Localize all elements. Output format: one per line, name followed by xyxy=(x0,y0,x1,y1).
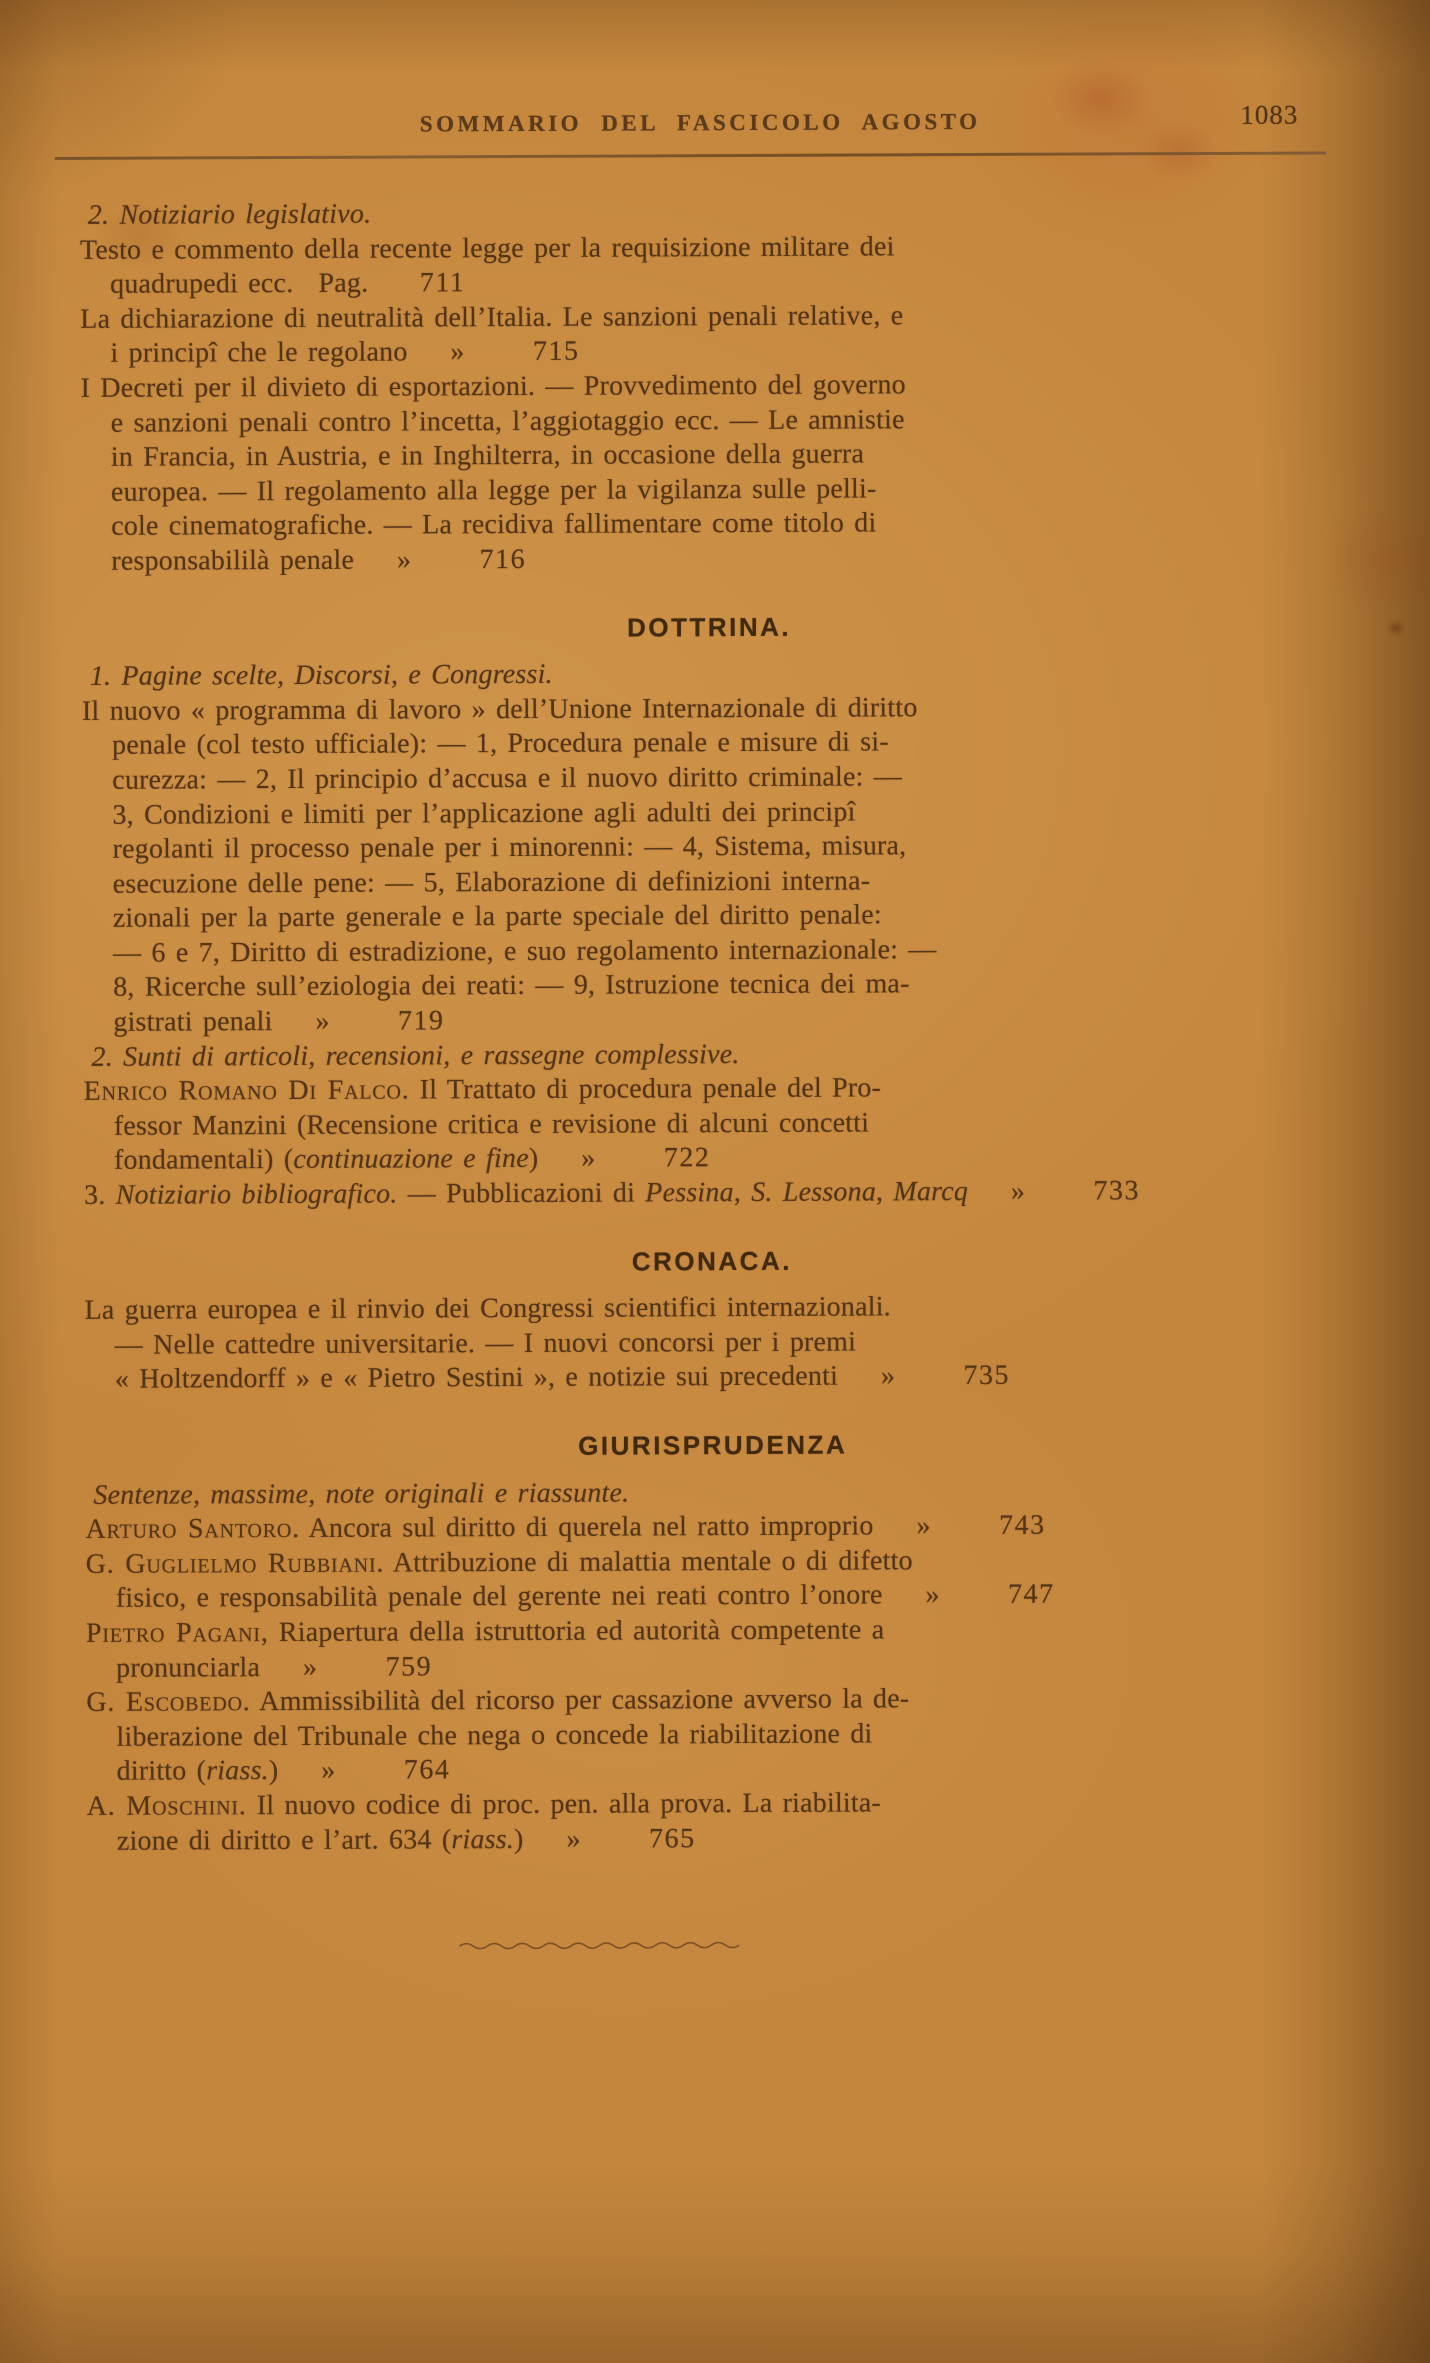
toc-line-text: penale (col testo ufficiale): — 1, Proce… xyxy=(112,726,889,764)
toc-line: I Decreti per il divieto di esportazioni… xyxy=(80,367,1215,407)
toc-line: — Nelle cattedre universitarie. — I nuov… xyxy=(85,1324,1220,1364)
toc-line: 8, Ricerche sull’eziologia dei reati: — … xyxy=(83,966,1218,1006)
toc-line: regolanti il processo penale per i minor… xyxy=(83,828,1218,868)
toc-line-text: 3. Notiziario bibliografico. — Pubblicaz… xyxy=(84,1175,968,1213)
toc-line: cole cinematografiche. — La recidiva fal… xyxy=(81,505,1216,545)
folio-page-number: 1083 xyxy=(1240,100,1298,131)
page-ref-label: » xyxy=(992,1175,1044,1210)
toc-line: zione di diritto e l’art. 634 (riass.)»7… xyxy=(87,1819,1222,1859)
scanned-book-page: SOMMARIO DEL FASCICOLO AGOSTO 1083 2. No… xyxy=(0,0,1430,2363)
page-ref-label: » xyxy=(284,1650,336,1685)
toc-line: in Francia, in Austria, e in Inghilterra… xyxy=(81,436,1216,476)
toc-line-text: « Holtzendorff » e « Pietro Sestini », e… xyxy=(115,1360,838,1398)
page-ref-label: » xyxy=(378,543,430,578)
toc-line-text: gistrati penali xyxy=(113,1005,272,1040)
toc-line: G. Guglielmo Rubbiani. Attribuzione di m… xyxy=(86,1543,1221,1583)
toc-line: 3. Notiziario bibliografico. — Pubblicaz… xyxy=(84,1174,1219,1214)
page-ref-label: » xyxy=(431,336,483,371)
toc-line: La guerra europea e il rinvio dei Congre… xyxy=(85,1289,1220,1329)
page-number: 715 xyxy=(483,335,579,370)
toc-line-text: Arturo Santoro. Ancora sul diritto di qu… xyxy=(85,1510,873,1548)
toc-line: e sanzioni penali contro l’incetta, l’ag… xyxy=(81,401,1216,441)
toc-line-text: cole cinematografiche. — La recidiva fal… xyxy=(111,507,876,545)
toc-line: europea. — Il regolamento alla legge per… xyxy=(81,471,1216,511)
toc-line: G. Escobedo. Ammissibilità del ricorso p… xyxy=(86,1681,1221,1721)
toc-line-text: Enrico Romano Di Falco. Il Trattato di p… xyxy=(84,1072,882,1110)
page-number: 735 xyxy=(914,1359,1010,1394)
toc-line-text: esecuzione delle pene: — 5, Elaborazione… xyxy=(113,864,871,902)
toc-line-text: liberazione del Tribunale che nega o con… xyxy=(116,1717,872,1755)
toc-entry: La dichiarazione di neutralità dell’Ital… xyxy=(80,298,1215,372)
toc-line: liberazione del Tribunale che nega o con… xyxy=(86,1716,1221,1756)
toc-line: gistrati penali»719 xyxy=(83,1001,1218,1041)
toc-line-text: pronunciarla xyxy=(116,1651,260,1686)
toc-line: esecuzione delle pene: — 5, Elaborazione… xyxy=(83,863,1218,903)
page-number: 765 xyxy=(599,1822,695,1857)
toc-line: A. Moschini. Il nuovo codice di proc. pe… xyxy=(87,1785,1222,1825)
toc-line-text: zionali per la parte generale e la parte… xyxy=(113,899,882,937)
toc-line: La dichiarazione di neutralità dell’Ital… xyxy=(80,298,1215,338)
section-heading: GIURISPRUDENZA xyxy=(85,1426,1220,1466)
subsection-title: Sentenze, massime, note originali e rias… xyxy=(85,1474,1220,1514)
page-number: 743 xyxy=(949,1509,1045,1544)
toc-line-text: La dichiarazione di neutralità dell’Ital… xyxy=(80,299,903,337)
toc-line-text: curezza: — 2, Il principio d’accusa e il… xyxy=(112,760,902,798)
toc-line-text: G. Escobedo. Ammissibilità del ricorso p… xyxy=(86,1682,909,1720)
toc-line: fessor Manzini (Recensione critica e rev… xyxy=(84,1105,1219,1145)
toc-line: fisico, e responsabilità penale del gere… xyxy=(86,1577,1221,1617)
toc-line-text: A. Moschini. Il nuovo codice di proc. pe… xyxy=(87,1786,881,1824)
toc-line: fondamentali) (continuazione e fine)»722 xyxy=(84,1139,1219,1179)
page-ref-label: » xyxy=(302,1754,354,1789)
toc-entry: 3. Notiziario bibliografico. — Pubblicaz… xyxy=(84,1174,1219,1214)
toc-line: zionali per la parte generale e la parte… xyxy=(83,897,1218,937)
toc-line-text: fisico, e responsabilità penale del gere… xyxy=(116,1579,883,1617)
toc-line-text: I Decreti per il divieto di esportazioni… xyxy=(80,368,905,406)
toc-entry: Arturo Santoro. Ancora sul diritto di qu… xyxy=(85,1508,1220,1548)
toc-line: 3, Condizioni e limiti per l’applicazion… xyxy=(82,793,1217,833)
toc-entry: Pietro Pagani, Riapertura della istrutto… xyxy=(86,1612,1221,1686)
page-ref-label: » xyxy=(907,1578,959,1613)
toc-line: curezza: — 2, Il principio d’accusa e il… xyxy=(82,759,1217,799)
page-number: 747 xyxy=(959,1578,1055,1613)
wavy-rule-ornament xyxy=(459,1938,739,1953)
toc-line: Arturo Santoro. Ancora sul diritto di qu… xyxy=(85,1508,1220,1548)
toc-entry: La guerra europea e il rinvio dei Congre… xyxy=(85,1289,1220,1398)
toc-line-text: Il nuovo « programma di lavoro » dell’Un… xyxy=(82,691,918,729)
toc-line-text: responsabililà penale xyxy=(111,544,354,580)
page-number: 716 xyxy=(430,543,526,578)
toc-line: diritto (riass.)»764 xyxy=(87,1750,1222,1790)
toc-entry: G. Escobedo. Ammissibilità del ricorso p… xyxy=(86,1681,1221,1790)
toc-entry: Il nuovo « programma di lavoro » dell’Un… xyxy=(82,690,1218,1041)
toc-line-text: in Francia, in Austria, e in Inghilterra… xyxy=(111,438,864,476)
toc-line-text: 8, Ricerche sull’eziologia dei reati: — … xyxy=(113,968,910,1006)
page-ref-label: » xyxy=(562,1142,614,1177)
toc-line: Testo e commento della recente legge per… xyxy=(80,229,1215,269)
toc-line-text: G. Guglielmo Rubbiani. Attribuzione di m… xyxy=(86,1544,913,1582)
page-number: 711 xyxy=(369,266,465,301)
toc-line-text: — 6 e 7, Diritto di estradizione, e suo … xyxy=(113,933,937,971)
toc-entry: G. Guglielmo Rubbiani. Attribuzione di m… xyxy=(86,1543,1221,1617)
toc-line: Pietro Pagani, Riapertura della istrutto… xyxy=(86,1612,1221,1652)
toc-line-text: fondamentali) (continuazione e fine) xyxy=(114,1142,539,1178)
page-number: 722 xyxy=(614,1142,710,1177)
toc-line: Enrico Romano Di Falco. Il Trattato di p… xyxy=(84,1070,1219,1110)
toc-line-text: quadrupedi ecc. xyxy=(110,267,293,302)
toc-line-text: e sanzioni penali contro l’incetta, l’ag… xyxy=(111,403,905,441)
page-ref-label: » xyxy=(897,1509,949,1544)
toc-line-text: europea. — Il regolamento alla legge per… xyxy=(111,472,877,510)
toc-line-text: Pietro Pagani, Riapertura della istrutto… xyxy=(86,1613,884,1651)
toc-line: i principî che le regolano»715 xyxy=(80,332,1215,372)
toc-line-text: i principî che le regolano xyxy=(110,336,407,372)
page-ref-label: » xyxy=(296,1005,348,1040)
toc-line-text: 3, Condizioni e limiti per l’applicazion… xyxy=(112,795,855,833)
toc-entry: Testo e commento della recente legge per… xyxy=(80,229,1215,303)
page-number: 764 xyxy=(354,1754,450,1789)
toc-line: pronunciarla»759 xyxy=(86,1646,1221,1686)
page-number: 759 xyxy=(336,1650,432,1685)
header-rule xyxy=(55,151,1327,160)
toc-line: penale (col testo ufficiale): — 1, Proce… xyxy=(82,724,1217,764)
toc-line-text: Testo e commento della recente legge per… xyxy=(80,230,895,268)
subsection-title: 1. Pagine scelte, Discorsi, e Congressi. xyxy=(82,655,1217,695)
subsection-title: 2. Notiziario legislativo. xyxy=(80,194,1215,234)
toc-line-text: fessor Manzini (Recensione critica e rev… xyxy=(114,1106,870,1144)
page-ref-label: » xyxy=(862,1360,914,1395)
toc-entry: Enrico Romano Di Falco. Il Trattato di p… xyxy=(84,1070,1219,1179)
page-content: SOMMARIO DEL FASCICOLO AGOSTO 1083 2. No… xyxy=(0,0,1430,2363)
running-header-title: SOMMARIO DEL FASCICOLO AGOSTO xyxy=(420,109,981,137)
toc-line-text: — Nelle cattedre universitarie. — I nuov… xyxy=(115,1325,857,1363)
section-heading: CRONACA. xyxy=(84,1242,1219,1282)
subsection-title: 2. Sunti di articoli, recensioni, e rass… xyxy=(83,1036,1218,1076)
toc-line: — 6 e 7, Diritto di estradizione, e suo … xyxy=(83,932,1218,972)
toc-line: responsabililà penale»716 xyxy=(81,540,1216,580)
toc-line-text: diritto (riass.) xyxy=(117,1754,279,1789)
section-heading: DOTTRINA. xyxy=(82,607,1217,647)
page-number: 733 xyxy=(1044,1174,1140,1209)
toc-entry: A. Moschini. Il nuovo codice di proc. pe… xyxy=(87,1785,1222,1859)
toc-line-text: La guerra europea e il rinvio dei Congre… xyxy=(85,1291,891,1329)
toc-entry: I Decreti per il divieto di esportazioni… xyxy=(80,367,1216,580)
page-number: 719 xyxy=(348,1004,444,1039)
toc-line-text: zione di diritto e l’art. 634 (riass.) xyxy=(117,1823,524,1859)
page-ref-label: » xyxy=(547,1822,599,1857)
toc-line: quadrupedi ecc.Pag.711 xyxy=(80,263,1215,303)
toc-line: « Holtzendorff » e « Pietro Sestini », e… xyxy=(85,1358,1220,1398)
toc-blocks: 2. Notiziario legislativo.Testo e commen… xyxy=(80,194,1222,1859)
toc-line-text: regolanti il processo penale per i minor… xyxy=(113,829,907,867)
toc-line: Il nuovo « programma di lavoro » dell’Un… xyxy=(82,690,1217,730)
page-ref-label: Pag. xyxy=(317,267,369,302)
